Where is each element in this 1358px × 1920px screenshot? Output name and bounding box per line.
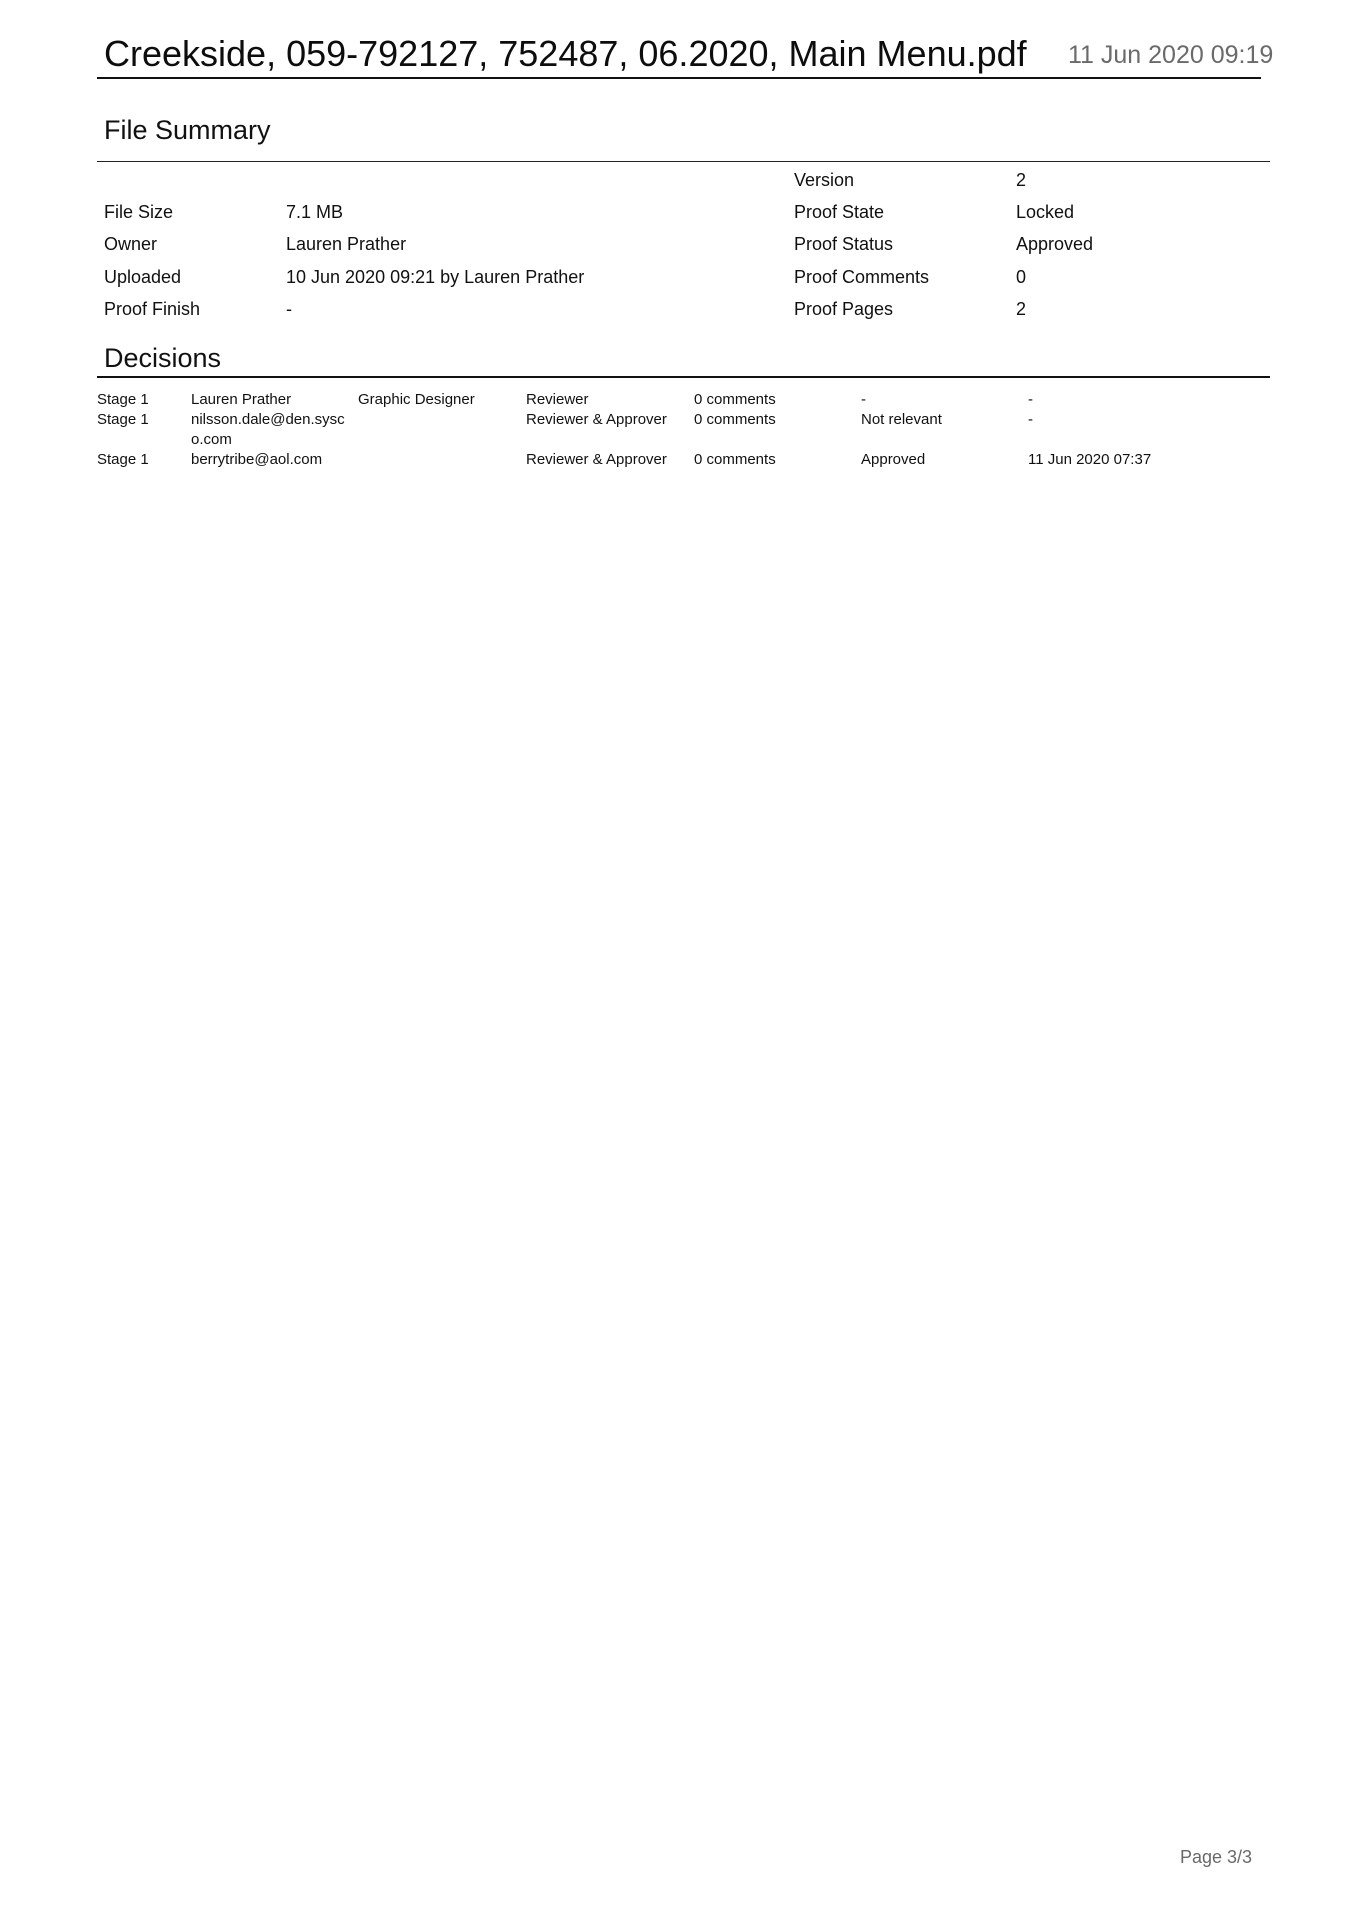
proof-status-label: Proof Status <box>794 233 893 255</box>
decision-stage: Stage 1 <box>97 450 191 470</box>
decision-comments: 0 comments <box>694 390 861 410</box>
page-number: Page 3/3 <box>1180 1846 1252 1868</box>
decision-date: - <box>1028 390 1228 410</box>
version-value: 2 <box>1016 169 1026 191</box>
decision-stage: Stage 1 <box>97 410 191 450</box>
report-timestamp: 11 Jun 2020 09:19 <box>1068 40 1273 70</box>
decision-job-title: Graphic Designer <box>358 390 526 410</box>
decision-reviewer-name: Lauren Prather <box>191 390 358 410</box>
decision-job-title <box>358 450 526 470</box>
document-title: Creekside, 059-792127, 752487, 06.2020, … <box>104 34 1027 74</box>
proof-pages-label: Proof Pages <box>794 298 893 320</box>
proof-finish-value: - <box>286 298 292 320</box>
proof-pages-value: 2 <box>1016 298 1026 320</box>
decisions-divider <box>97 376 1270 378</box>
owner-value: Lauren Prather <box>286 233 406 255</box>
decision-date: - <box>1028 410 1228 450</box>
uploaded-value: 10 Jun 2020 09:21 by Lauren Prather <box>286 266 584 288</box>
proof-state-label: Proof State <box>794 201 884 223</box>
decision-reviewer-name: nilsson.dale@den.sysco.com <box>191 410 358 450</box>
decision-date: 11 Jun 2020 07:37 <box>1028 450 1228 470</box>
owner-label: Owner <box>104 233 157 255</box>
table-row: Stage 1 berrytribe@aol.com Reviewer & Ap… <box>97 450 1277 470</box>
file-summary-heading: File Summary <box>104 115 271 145</box>
decision-job-title <box>358 410 526 450</box>
decision-comments: 0 comments <box>694 450 861 470</box>
decision-status: Approved <box>861 450 1028 470</box>
version-label: Version <box>794 169 854 191</box>
file-size-label: File Size <box>104 201 173 223</box>
decisions-table: Stage 1 Lauren Prather Graphic Designer … <box>97 390 1277 470</box>
proof-status-value: Approved <box>1016 233 1093 255</box>
file-summary-divider <box>97 161 1270 162</box>
file-size-value: 7.1 MB <box>286 201 343 223</box>
decisions-heading: Decisions <box>104 343 221 373</box>
decision-reviewer-name: berrytribe@aol.com <box>191 450 358 470</box>
proof-finish-label: Proof Finish <box>104 298 200 320</box>
proof-comments-label: Proof Comments <box>794 266 929 288</box>
proof-state-value: Locked <box>1016 201 1074 223</box>
uploaded-label: Uploaded <box>104 266 181 288</box>
table-row: Stage 1 nilsson.dale@den.sysco.com Revie… <box>97 410 1277 450</box>
decision-role: Reviewer & Approver <box>526 450 694 470</box>
decision-stage: Stage 1 <box>97 390 191 410</box>
table-row: Stage 1 Lauren Prather Graphic Designer … <box>97 390 1277 410</box>
decision-status: Not relevant <box>861 410 1028 450</box>
header-divider <box>97 77 1261 79</box>
decision-status: - <box>861 390 1028 410</box>
decision-role: Reviewer & Approver <box>526 410 694 450</box>
decision-role: Reviewer <box>526 390 694 410</box>
proof-comments-value: 0 <box>1016 266 1026 288</box>
decision-comments: 0 comments <box>694 410 861 450</box>
